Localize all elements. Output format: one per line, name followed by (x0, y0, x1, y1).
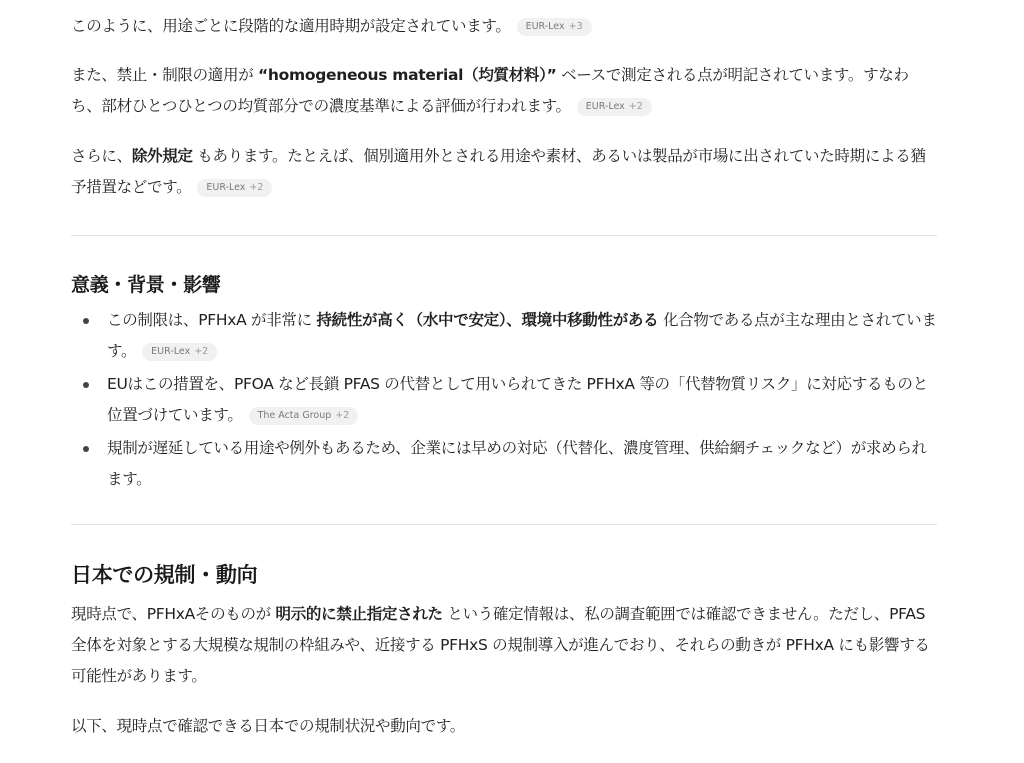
paragraph-phased-dates: このように、用途ごとに段階的な適用時期が設定されています。EUR-Lex+3 (71, 11, 937, 42)
divider (71, 235, 937, 236)
paragraph-exemptions: さらに、除外規定 もあります。たとえば、個別適用外とされる用途や素材、あるいは製… (71, 141, 937, 203)
citation-chip[interactable]: EUR-Lex+3 (517, 18, 592, 36)
paragraph-homogeneous-material: また、禁止・制限の適用が “homogeneous material（均質材料）… (71, 60, 937, 122)
significance-list: この制限は、PFHxA が非常に 持続性が高く（水中で安定）、環境中移動性がある… (71, 305, 937, 497)
list-item: この制限は、PFHxA が非常に 持続性が高く（水中で安定）、環境中移動性がある… (107, 305, 937, 367)
section-heading-japan: 日本での規制・動向 (71, 559, 257, 589)
bullet-icon (83, 446, 89, 452)
bullet-icon (83, 382, 89, 388)
paragraph-japan-intro: 以下、現時点で確認できる日本での規制状況や動向です。 (71, 711, 937, 742)
list-item: EUはこの措置を、PFOA など長鎖 PFAS の代替として用いられてきた PF… (107, 369, 937, 431)
citation-chip[interactable]: EUR-Lex+2 (142, 343, 217, 361)
bullet-icon (83, 318, 89, 324)
section-heading-significance: 意義・背景・影響 (71, 270, 221, 297)
paragraph-japan-status: 現時点で、PFHxAそのものが 明示的に禁止指定された という確定情報は、私の調… (71, 599, 937, 692)
list-item: 規制が遅延している用途や例外もあるため、企業には早めの対応（代替化、濃度管理、供… (107, 433, 937, 495)
citation-chip[interactable]: EUR-Lex+2 (197, 179, 272, 197)
citation-chip[interactable]: EUR-Lex+2 (577, 98, 652, 116)
citation-chip[interactable]: The Acta Group+2 (249, 407, 359, 425)
divider (71, 524, 937, 525)
